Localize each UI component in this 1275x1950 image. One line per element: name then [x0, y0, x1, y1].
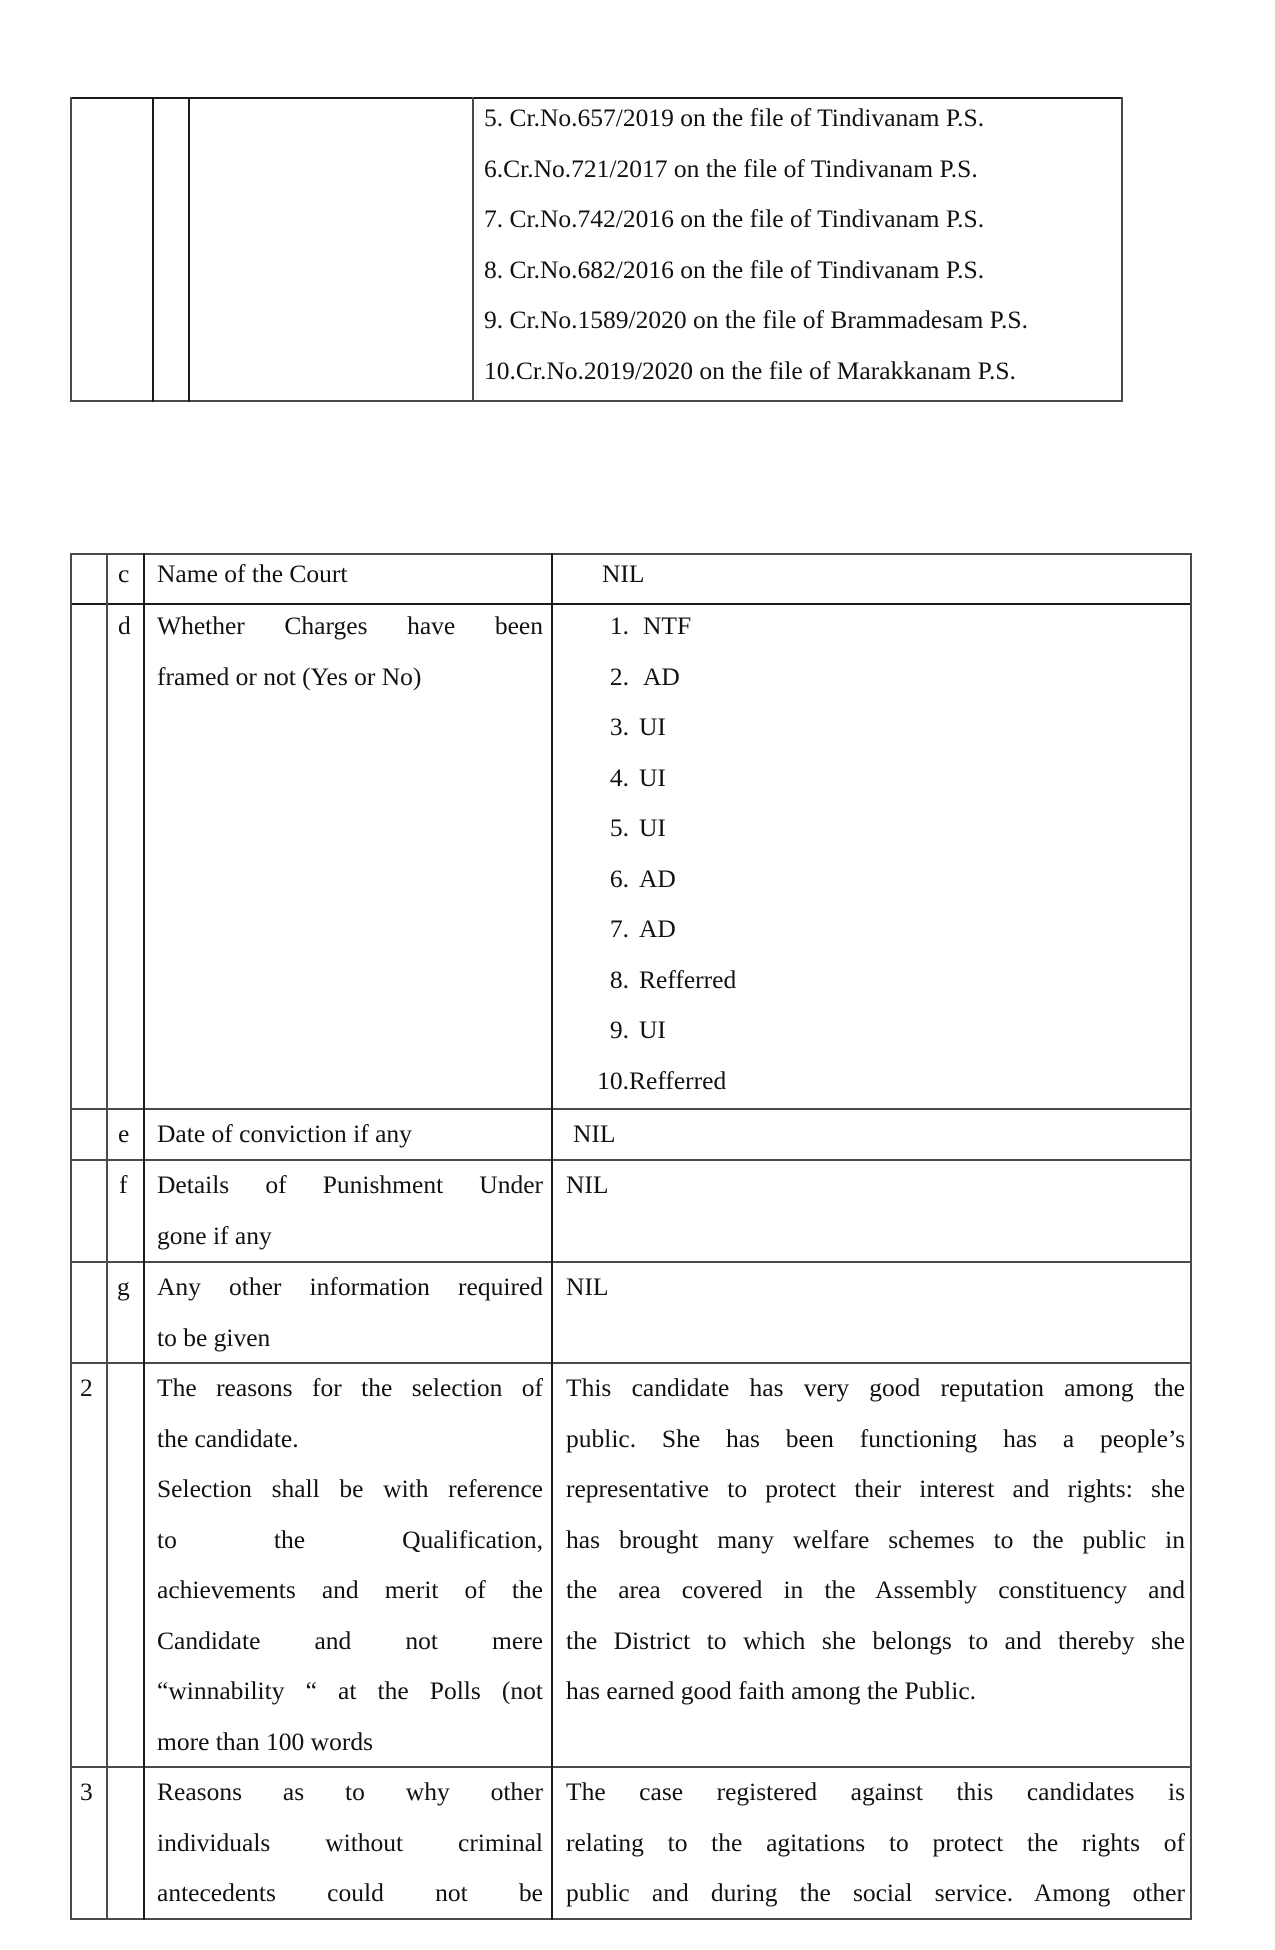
value-line: has brought many welfare schemes to the …	[566, 1515, 1185, 1566]
label-line: achievements and merit of the	[157, 1565, 543, 1616]
row-number: 3	[80, 1767, 93, 1818]
table1-col-divider	[152, 97, 154, 402]
case-entry: 6.Cr.No.721/2017 on the file of Tindivan…	[484, 144, 1114, 195]
list-item: 2.AD	[588, 652, 1148, 703]
case-entry: 5. Cr.No.657/2019 on the file of Tindiva…	[484, 93, 1114, 144]
label-line: The reasons for the selection of	[157, 1363, 543, 1414]
row-value: This candidate has very good reputation …	[566, 1363, 1185, 1717]
label-line: Candidate and not mere	[157, 1616, 543, 1667]
row-sub-label: c	[118, 549, 129, 600]
list-item: 10.Refferred	[588, 1056, 1148, 1107]
value-line: This candidate has very good reputation …	[566, 1363, 1185, 1414]
list-item: 4.UI	[588, 753, 1148, 804]
label-line: more than 100 words	[157, 1717, 543, 1768]
value-line: the District to which she belongs to and…	[566, 1616, 1185, 1667]
list-item: 5.UI	[588, 803, 1148, 854]
list-item: 3.UI	[588, 702, 1148, 753]
label-line: framed or not (Yes or No)	[157, 652, 543, 703]
case-number-list: 5. Cr.No.657/2019 on the file of Tindiva…	[484, 93, 1114, 396]
row-label: Details of Punishment Under gone if any	[157, 1160, 543, 1261]
label-line: Details of Punishment Under	[157, 1160, 543, 1211]
row-sub-label: e	[118, 1109, 129, 1160]
label-line: antecedents could not be	[157, 1868, 543, 1919]
table1-col-divider	[472, 97, 474, 402]
table2-left-border	[70, 553, 72, 1920]
value-line: representative to protect their interest…	[566, 1464, 1185, 1515]
label-line: Selection shall be with reference	[157, 1464, 543, 1515]
row-label: The reasons for the selection of the can…	[157, 1363, 543, 1767]
case-entry: 10.Cr.No.2019/2020 on the file of Marakk…	[484, 346, 1114, 397]
value-line: public. She has been functioning has a p…	[566, 1414, 1185, 1465]
row-number: 2	[80, 1363, 93, 1414]
table1-right-border	[1121, 97, 1123, 402]
row-label: Any other information required to be giv…	[157, 1262, 543, 1363]
label-line: Whether Charges have been	[157, 601, 543, 652]
row-value: The case registered against this candida…	[566, 1767, 1185, 1919]
label-line: gone if any	[157, 1211, 543, 1262]
table1-left-border	[70, 97, 72, 402]
charges-status-list: 1.NTF 2.AD 3.UI 4.UI 5.UI 6.AD 7.AD 8.Re…	[588, 601, 1148, 1106]
table2-right-border	[1190, 553, 1192, 1920]
value-line: The case registered against this candida…	[566, 1767, 1185, 1818]
row-label: Reasons as to why other individuals with…	[157, 1767, 543, 1919]
case-entry: 9. Cr.No.1589/2020 on the file of Bramma…	[484, 295, 1114, 346]
list-item: 7.AD	[588, 904, 1148, 955]
table2-col-divider	[106, 553, 108, 1920]
list-item: 1.NTF	[588, 601, 1148, 652]
table1-bottom-border	[70, 400, 1123, 402]
row-sub-label: g	[117, 1262, 130, 1313]
row-value: NIL	[566, 1262, 608, 1313]
value-line: public and during the social service. Am…	[566, 1868, 1185, 1919]
list-item: 6.AD	[588, 854, 1148, 905]
table2-col-divider	[551, 553, 553, 1920]
list-item: 8.Refferred	[588, 955, 1148, 1006]
label-line: the candidate.	[157, 1414, 543, 1465]
label-line: Reasons as to why other	[157, 1767, 543, 1818]
row-label: Date of conviction if any	[157, 1109, 412, 1160]
label-line: Any other information required	[157, 1262, 543, 1313]
row-label: Name of the Court	[157, 549, 348, 600]
table1-col-divider	[188, 97, 190, 402]
value-line: the area covered in the Assembly constit…	[566, 1565, 1185, 1616]
row-value: NIL	[602, 549, 644, 600]
row-sub-label: f	[119, 1160, 128, 1211]
case-entry: 8. Cr.No.682/2016 on the file of Tindiva…	[484, 245, 1114, 296]
label-line: to the Qualification,	[157, 1515, 543, 1566]
row-sub-label: d	[118, 601, 131, 652]
value-line: relating to the agitations to protect th…	[566, 1818, 1185, 1869]
list-item: 9.UI	[588, 1005, 1148, 1056]
row-label: Whether Charges have been framed or not …	[157, 601, 543, 702]
label-line: individuals without criminal	[157, 1818, 543, 1869]
label-line: “winnability “ at the Polls (not	[157, 1666, 543, 1717]
row-value: NIL	[566, 1160, 608, 1211]
table2-col-divider	[143, 553, 145, 1920]
value-line: has earned good faith among the Public.	[566, 1666, 1185, 1717]
row-value: NIL	[573, 1109, 615, 1160]
case-entry: 7. Cr.No.742/2016 on the file of Tindiva…	[484, 194, 1114, 245]
label-line: to be given	[157, 1313, 543, 1364]
